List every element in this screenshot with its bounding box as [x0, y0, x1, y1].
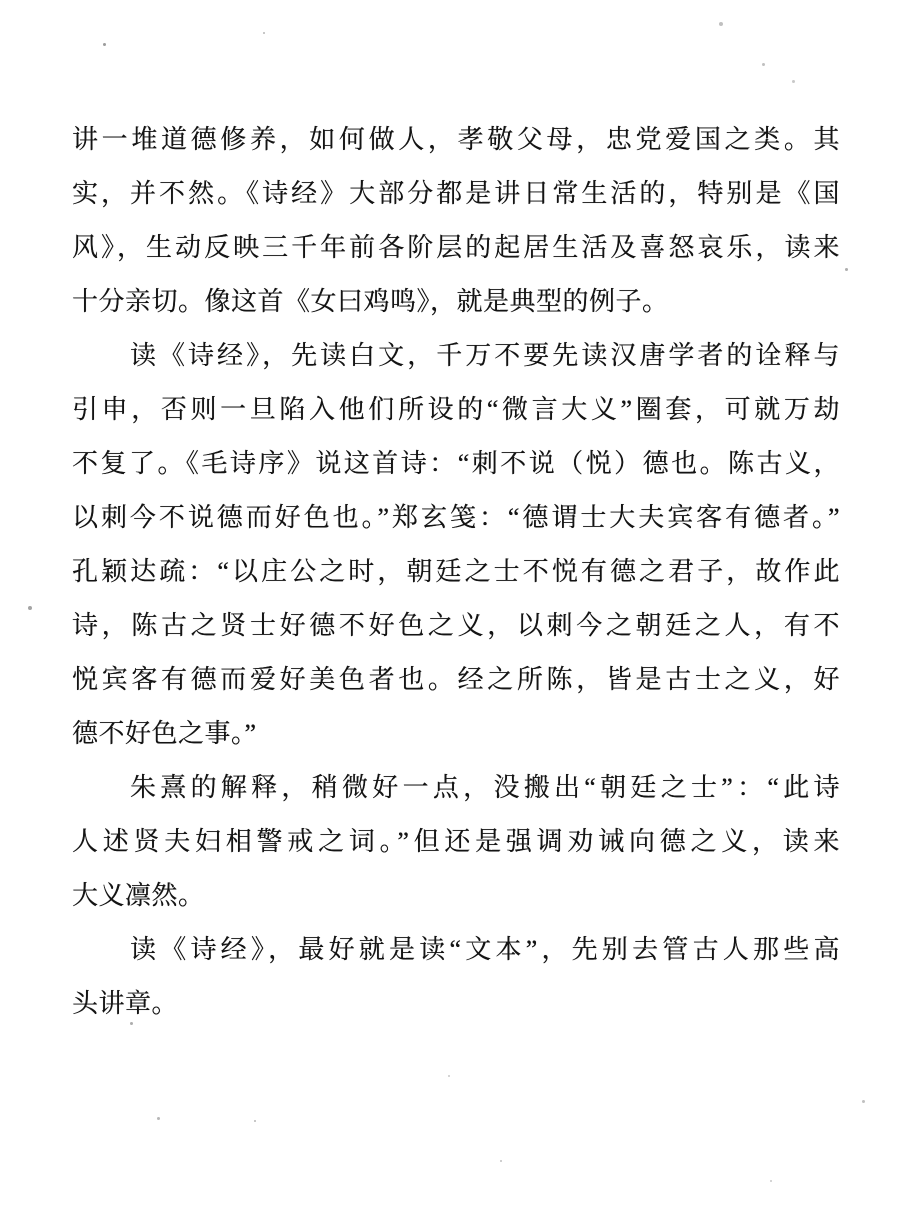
text-line-7: 不复了。《毛诗序》说这首诗：“刺不说（悦）德也。陈古义，: [72, 437, 840, 491]
text-line-2: 实，并不然。《诗经》大部分都是讲日常生活的，特别是《国: [72, 167, 840, 221]
text-line-9: 孔颖达疏：“以庄公之时，朝廷之士不悦有德之君子，故作此: [72, 545, 840, 599]
text-line-12: 德不好色之事。”: [72, 707, 840, 761]
text-line-4: 十分亲切。像这首《女曰鸡鸣》，就是典型的例子。: [72, 275, 840, 329]
scan-speck: [862, 1100, 865, 1103]
text-line-1: 讲一堆道德修养，如何做人，孝敬父母，忠党爱国之类。其: [72, 113, 840, 167]
scan-speck: [500, 1160, 502, 1162]
text-line-16: 读《诗经》，最好就是读“文本”，先别去管古人那些高: [72, 923, 840, 977]
scan-speck: [28, 606, 32, 610]
text-line-3: 风》，生动反映三千年前各阶层的起居生活及喜怒哀乐，读来: [72, 221, 840, 275]
scan-speck: [254, 1120, 256, 1122]
text-line-13: 朱熹的解释，稍微好一点，没搬出“朝廷之士”：“此诗: [72, 761, 840, 815]
scan-speck: [103, 43, 106, 46]
text-line-14: 人述贤夫妇相警戒之词。”但还是强调劝诫向德之义，读来: [72, 815, 840, 869]
scan-speck: [719, 22, 723, 26]
scanned-page: 讲一堆道德修养，如何做人，孝敬父母，忠党爱国之类。其 实，并不然。《诗经》大部分…: [0, 0, 907, 1221]
text-line-5: 读《诗经》，先读白文，千万不要先读汉唐学者的诠释与: [72, 329, 840, 383]
text-line-10: 诗，陈古之贤士好德不好色之义，以刺今之朝廷之人，有不: [72, 599, 840, 653]
text-line-17: 头讲章。: [72, 977, 840, 1031]
text-block: 讲一堆道德修养，如何做人，孝敬父母，忠党爱国之类。其 实，并不然。《诗经》大部分…: [72, 113, 840, 1031]
scan-speck: [762, 63, 765, 66]
scan-speck: [845, 268, 848, 271]
scan-speck: [792, 80, 795, 83]
scan-speck: [157, 1117, 160, 1120]
scan-speck: [770, 1180, 772, 1182]
text-line-8: 以刺今不说德而好色也。”郑玄笺：“德谓士大夫宾客有德者。”: [72, 491, 840, 545]
scan-speck: [263, 32, 265, 34]
text-line-6: 引申，否则一旦陷入他们所设的“微言大义”圈套，可就万劫: [72, 383, 840, 437]
text-line-11: 悦宾客有德而爱好美色者也。经之所陈，皆是古士之义，好: [72, 653, 840, 707]
text-line-15: 大义凛然。: [72, 869, 840, 923]
scan-speck: [448, 1075, 450, 1077]
